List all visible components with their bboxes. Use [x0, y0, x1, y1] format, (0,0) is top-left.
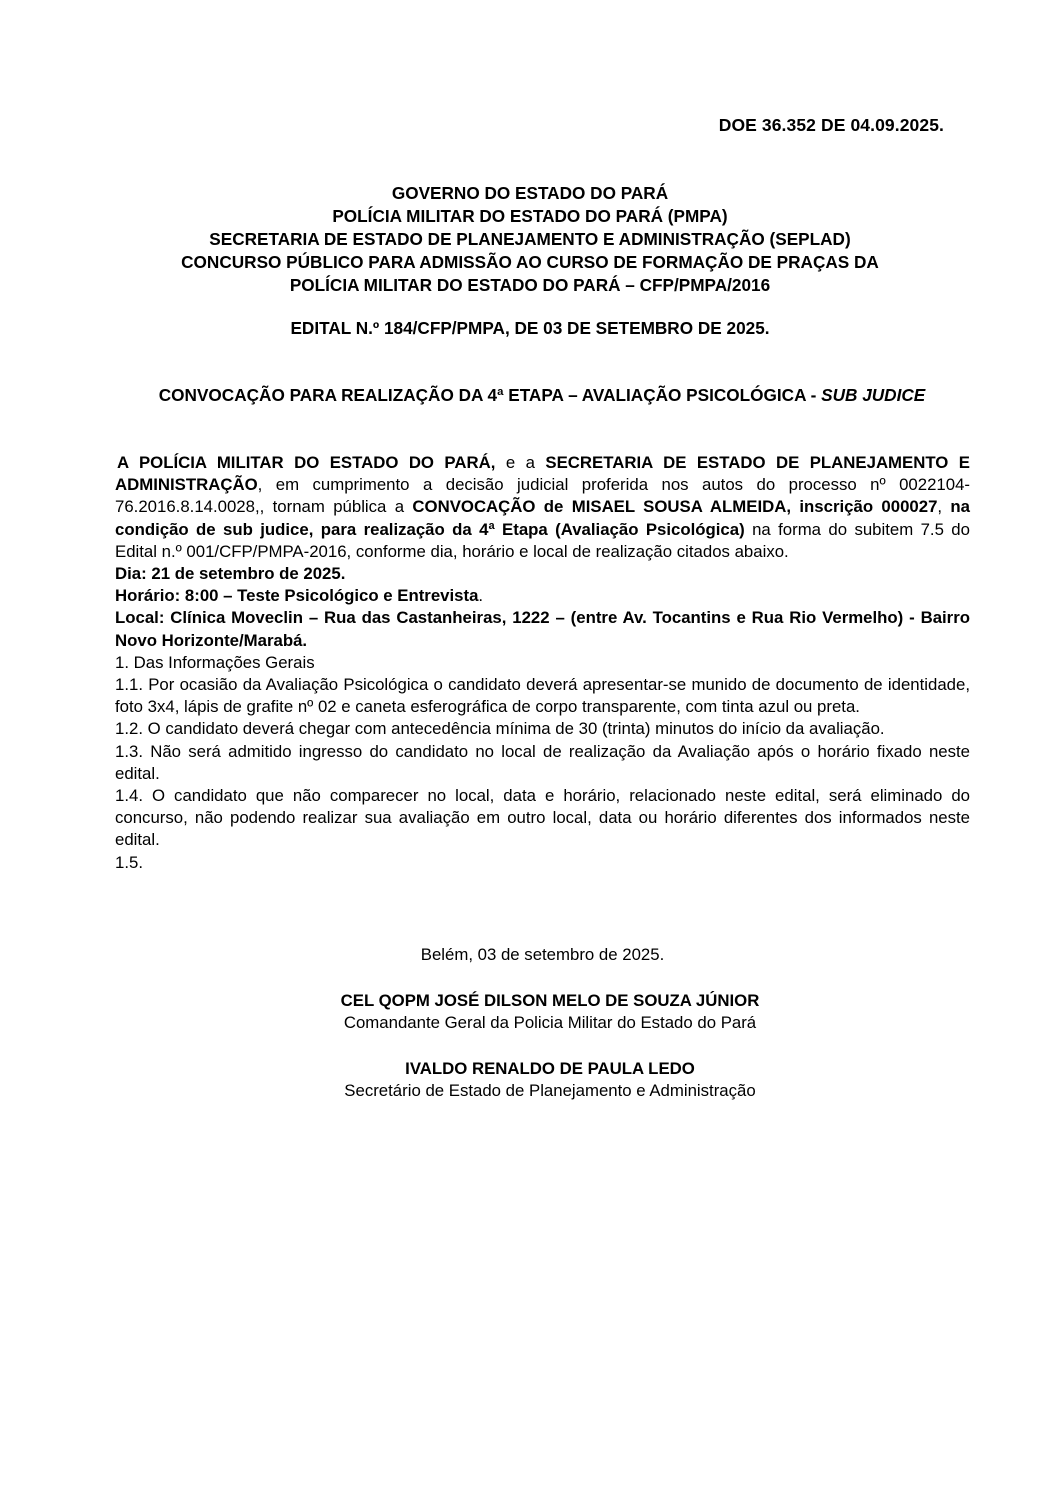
section-item: 1.4. O candidato que não comparecer no l…: [115, 785, 970, 852]
document-body: A POLÍCIA MILITAR DO ESTADO DO PARÁ, e a…: [115, 452, 970, 874]
signatory-name: CEL QOPM JOSÉ DILSON MELO DE SOUZA JÚNIO…: [200, 990, 900, 1012]
intro-org1: A POLÍCIA MILITAR DO ESTADO DO PARÁ,: [117, 453, 495, 472]
convocation-title-main: CONVOCAÇÃO PARA REALIZAÇÃO DA 4ª ETAPA –…: [159, 385, 821, 405]
schedule-time-text: Horário: 8:00 – Teste Psicológico e Entr…: [115, 586, 478, 605]
section-item: 1.5.: [115, 852, 970, 874]
schedule-time-suffix: .: [478, 586, 483, 605]
intro-comma: ,: [937, 497, 950, 516]
intro-conj: e a: [495, 453, 545, 472]
convocation-title-italic: SUB JUDICE: [821, 385, 925, 405]
intro-paragraph: A POLÍCIA MILITAR DO ESTADO DO PARÁ, e a…: [115, 452, 970, 563]
schedule-location: Local: Clínica Moveclin – Rua das Castan…: [115, 607, 970, 651]
header-line: POLÍCIA MILITAR DO ESTADO DO PARÁ – CFP/…: [100, 274, 960, 297]
closing-date: Belém, 03 de setembro de 2025.: [115, 945, 970, 965]
schedule-time: Horário: 8:00 – Teste Psicológico e Entr…: [115, 585, 970, 607]
section-title: 1. Das Informações Gerais: [115, 652, 970, 674]
signature-block: CEL QOPM JOSÉ DILSON MELO DE SOUZA JÚNIO…: [200, 990, 900, 1034]
header-line: CONCURSO PÚBLICO PARA ADMISSÃO AO CURSO …: [100, 251, 960, 274]
signatory-title: Comandante Geral da Policia Militar do E…: [200, 1012, 900, 1034]
schedule-day: Dia: 21 de setembro de 2025.: [115, 563, 970, 585]
document-header: GOVERNO DO ESTADO DO PARÁ POLÍCIA MILITA…: [100, 182, 960, 297]
doe-reference: DOE 36.352 DE 04.09.2025.: [600, 115, 944, 136]
header-line: GOVERNO DO ESTADO DO PARÁ: [100, 182, 960, 205]
signatory-title: Secretário de Estado de Planejamento e A…: [200, 1080, 900, 1102]
convocation-title: CONVOCAÇÃO PARA REALIZAÇÃO DA 4ª ETAPA –…: [112, 384, 972, 406]
section-item: 1.3. Não será admitido ingresso do candi…: [115, 741, 970, 785]
edital-title: EDITAL N.º 184/CFP/PMPA, DE 03 DE SETEMB…: [100, 318, 960, 339]
header-line: POLÍCIA MILITAR DO ESTADO DO PARÁ (PMPA): [100, 205, 960, 228]
document-page: DOE 36.352 DE 04.09.2025. GOVERNO DO EST…: [0, 0, 1059, 1497]
intro-convocation: CONVOCAÇÃO de MISAEL SOUSA ALMEIDA, insc…: [412, 497, 937, 516]
section-item: 1.1. Por ocasião da Avaliação Psicológic…: [115, 674, 970, 718]
section-item: 1.2. O candidato deverá chegar com antec…: [115, 718, 970, 740]
header-line: SECRETARIA DE ESTADO DE PLANEJAMENTO E A…: [100, 228, 960, 251]
signatory-name: IVALDO RENALDO DE PAULA LEDO: [200, 1058, 900, 1080]
signature-block: IVALDO RENALDO DE PAULA LEDO Secretário …: [200, 1058, 900, 1102]
